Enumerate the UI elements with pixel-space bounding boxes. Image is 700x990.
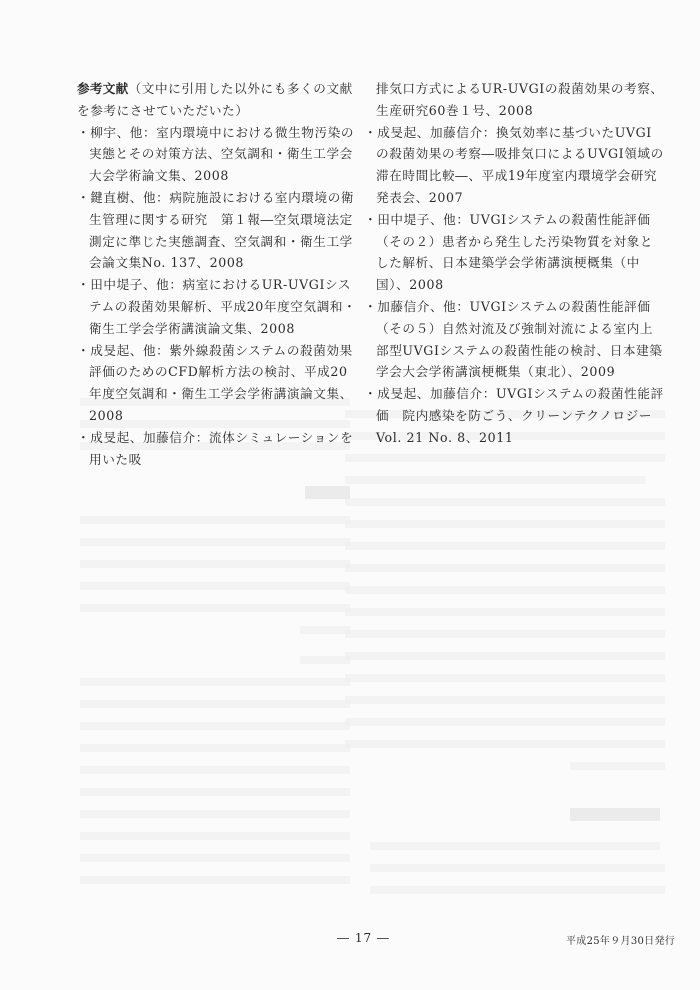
page-number: ― 17 ― bbox=[337, 931, 390, 945]
reference-item: ・成旻起、加藤信介：流体シミュレーションを用いた吸 bbox=[77, 427, 359, 471]
reference-item: ・鍵直樹、他：病院施設における室内環境の衛生管理に関する研究 第１報―空気環境法… bbox=[77, 187, 359, 274]
reference-item: ・田中堤子、他：UVGIシステムの殺菌性能評価（その２）患者から発生した汚染物質… bbox=[364, 209, 664, 296]
references-title: 参考文献 bbox=[77, 81, 129, 96]
reference-item-continuation: 排気口方式によるUR-UVGIの殺菌効果の考察、生産研究60巻１号、2008 bbox=[364, 78, 664, 122]
references-heading: 参考文献（文中に引用した以外にも多くの文献を参考にさせていただいた） bbox=[77, 78, 359, 122]
left-column: 参考文献（文中に引用した以外にも多くの文献を参考にさせていただいた） ・柳宇、他… bbox=[77, 78, 359, 470]
reference-item: ・成旻起、他：紫外線殺菌システムの殺菌効果評価のためのCFD解析方法の検討、平成… bbox=[77, 340, 359, 427]
reference-item: ・田中堤子、他：病室におけるUR-UVGIシステムの殺菌効果解析、平成20年度空… bbox=[77, 274, 359, 339]
right-column: 排気口方式によるUR-UVGIの殺菌効果の考察、生産研究60巻１号、2008 ・… bbox=[364, 78, 664, 449]
document-page: 参考文献（文中に引用した以外にも多くの文献を参考にさせていただいた） ・柳宇、他… bbox=[0, 0, 700, 990]
reference-item: ・成旻起、加藤信介：UVGIシステムの殺菌性能評価 院内感染を防ごう、クリーンテ… bbox=[364, 383, 664, 448]
issue-date: 平成25年９月30日発行 bbox=[566, 932, 675, 947]
reference-item: ・柳宇、他：室内環境中における微生物汚染の実態とその対策方法、空気調和・衛生工学… bbox=[77, 122, 359, 187]
reference-item: ・成旻起、加藤信介：換気効率に基づいたUVGIの殺菌効果の考察―吸排気口によるU… bbox=[364, 122, 664, 209]
reference-item: ・加藤信介、他：UVGIシステムの殺菌性能評価（その５）自然対流及び強制対流によ… bbox=[364, 296, 664, 383]
